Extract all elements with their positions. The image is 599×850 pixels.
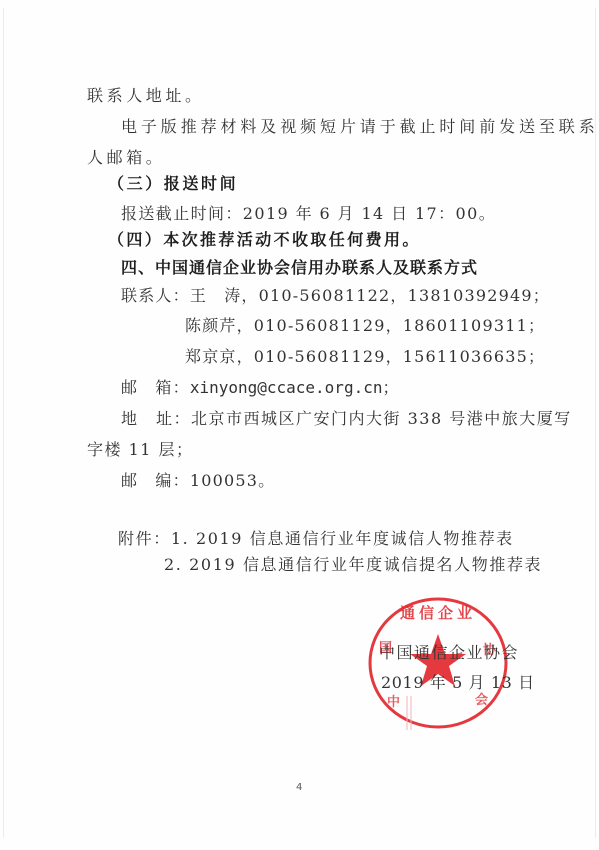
electronic-materials-paragraph-tail: 人邮箱。 bbox=[87, 148, 165, 168]
postcode-label: 邮 编： bbox=[121, 471, 190, 490]
attachment-2: 2. 2019 信息通信行业年度诚信提名人物推荐表 bbox=[164, 555, 542, 575]
svg-text:通信企业: 通信企业 bbox=[400, 604, 476, 622]
svg-text:会: 会 bbox=[475, 692, 488, 708]
attachments-row: 附件：1. 2019 信息通信行业年度诚信人物推荐表 bbox=[118, 529, 514, 549]
address-row: 地 址：北京市西城区广安门内大街 338 号港中旅大厦写 bbox=[121, 409, 572, 429]
email-row: 邮 箱：xinyong@ccace.org.cn； bbox=[121, 378, 398, 398]
attachments-label: 附件： bbox=[118, 529, 171, 548]
contact-person-3: 郑京京，010-56081129，15611036635； bbox=[185, 347, 545, 367]
contact-person-1: 王 涛，010-56081122，13810392949； bbox=[190, 286, 550, 305]
attachment-1: 1. 2019 信息通信行业年度诚信人物推荐表 bbox=[171, 529, 514, 548]
svg-text:中: 中 bbox=[387, 694, 400, 710]
signature-date: 2019 年 5 月 13 日 bbox=[381, 673, 535, 693]
contact-person-row: 联系人：王 涛，010-56081122，13810392949； bbox=[121, 286, 550, 306]
contact-person-2: 陈颜芹，010-56081129，18601109311； bbox=[185, 316, 545, 336]
document-page: 联系人地址。 电子版推荐材料及视频短片请于截止时间前发送至联系 人邮箱。 （三）… bbox=[0, 0, 599, 850]
electronic-materials-paragraph: 电子版推荐材料及视频短片请于截止时间前发送至联系 bbox=[121, 117, 599, 137]
contact-address-tail: 联系人地址。 bbox=[87, 86, 205, 106]
address-label: 地 址： bbox=[121, 409, 191, 428]
signature-organization: 中国通信企业协会 bbox=[379, 643, 519, 663]
contact-label: 联系人： bbox=[121, 286, 190, 305]
email-address[interactable]: xinyong@ccace.org.cn； bbox=[190, 378, 399, 397]
postcode-row: 邮 编：100053。 bbox=[121, 471, 275, 491]
address-line-2: 字楼 11 层； bbox=[87, 440, 194, 460]
postcode-value: 100053。 bbox=[190, 471, 275, 490]
contact-section-heading: 四、中国通信企业协会信用办联系人及联系方式 bbox=[121, 258, 478, 278]
page-edge-left bbox=[3, 8, 4, 838]
deadline-text: 报送截止时间：2019 年 6 月 14 日 17：00。 bbox=[121, 204, 496, 224]
section-4-heading: （四）本次推荐活动不收取任何费用。 bbox=[108, 230, 421, 250]
page-number: 4 bbox=[296, 782, 302, 793]
official-seal-stamp: 通信企业 国 协 中 会 bbox=[367, 596, 509, 730]
email-label: 邮 箱： bbox=[121, 378, 190, 397]
section-3-heading: （三）报送时间 bbox=[108, 174, 238, 194]
address-line-1: 北京市西城区广安门内大街 338 号港中旅大厦写 bbox=[191, 409, 572, 428]
